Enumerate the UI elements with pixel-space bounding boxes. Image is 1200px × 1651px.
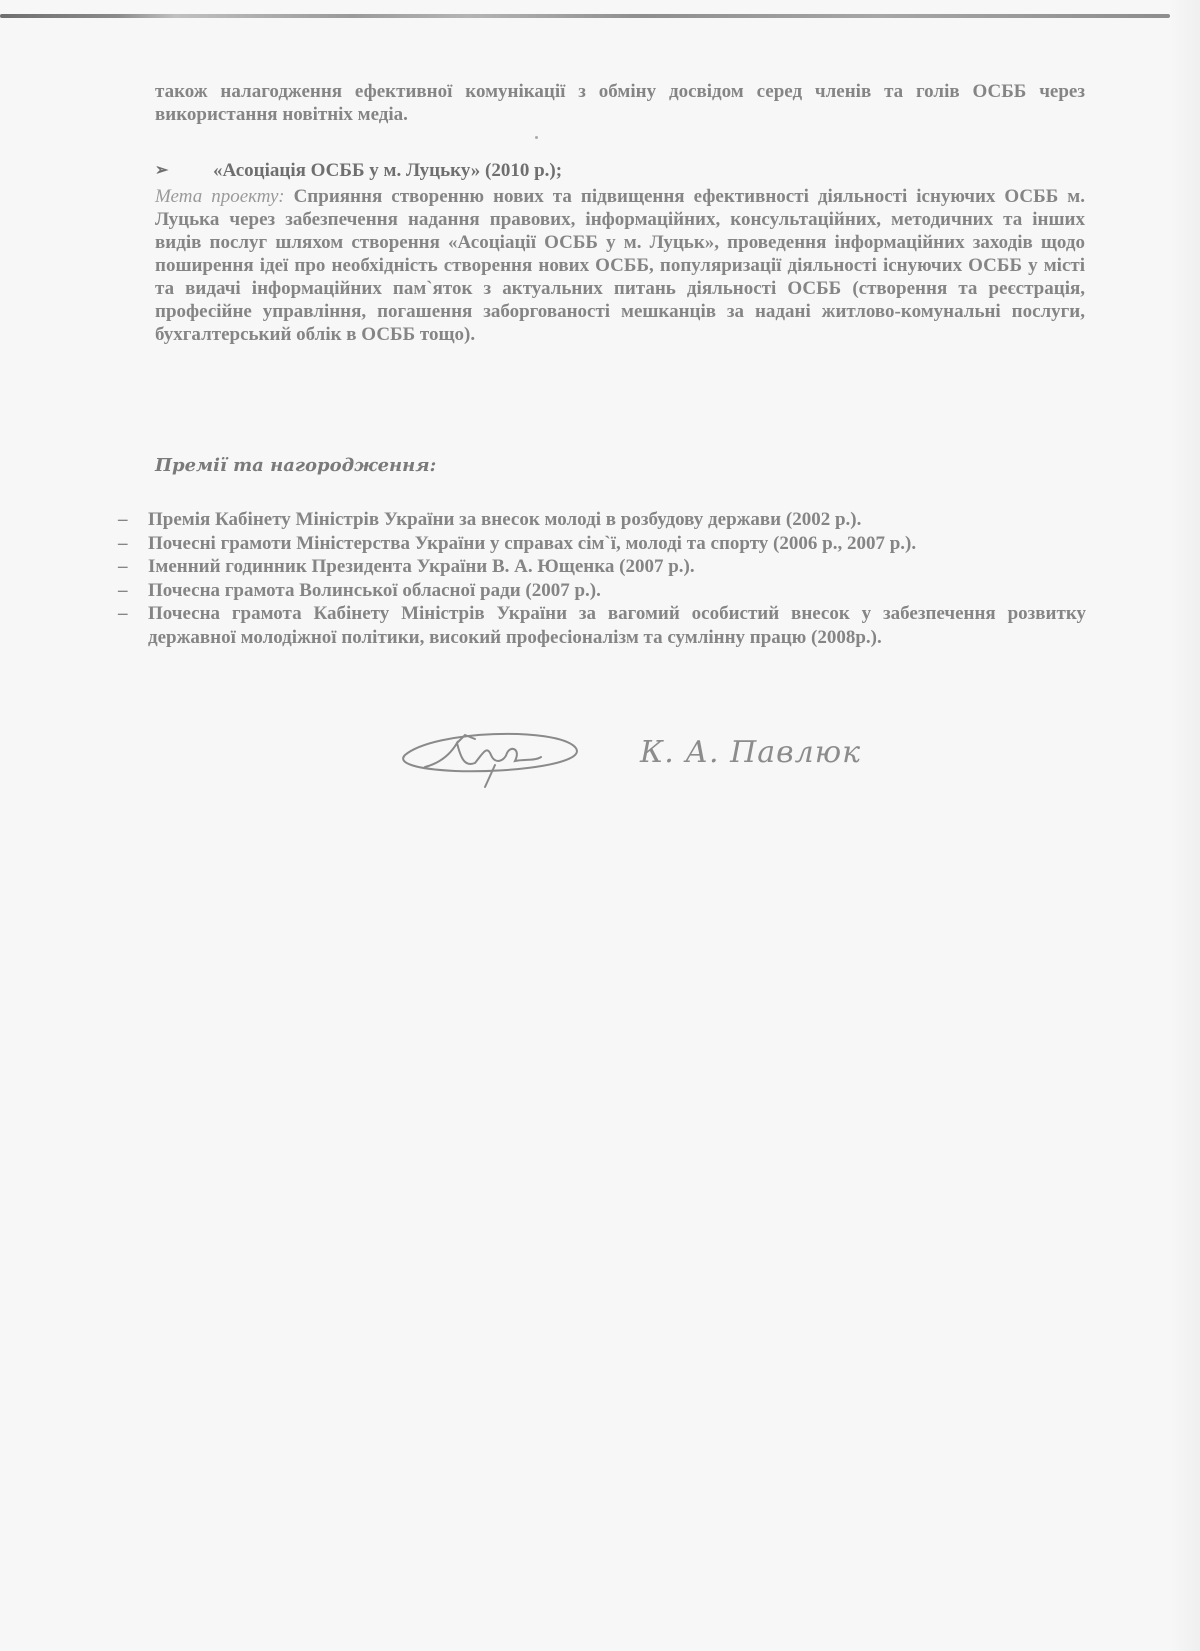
handwritten-name: К. А. Павлюк bbox=[640, 735, 861, 770]
list-item: –Іменний годинник Президента України В. … bbox=[118, 555, 1086, 579]
awards-heading: Премії та нагородження: bbox=[155, 455, 436, 476]
dash-bullet-icon: – bbox=[118, 602, 128, 626]
scan-speck bbox=[535, 136, 538, 139]
goal-text: Сприяння створенню нових та підвищення е… bbox=[155, 186, 1085, 345]
project-goal-paragraph: Мета проекту: Сприяння створенню нових т… bbox=[155, 185, 1085, 346]
signature-block: К. А. Павлюк bbox=[395, 725, 915, 805]
project-goal-block: Мета проекту: Сприяння створенню нових т… bbox=[155, 185, 1085, 346]
list-item: –Почесні грамоти Міністерства України у … bbox=[118, 532, 1086, 556]
list-item: –Премія Кабінету Міністрів України за вн… bbox=[118, 508, 1086, 532]
dash-bullet-icon: – bbox=[118, 508, 128, 532]
intro-paragraph: також налагодження ефективної комунікаці… bbox=[155, 80, 1085, 126]
dash-bullet-icon: – bbox=[118, 579, 128, 603]
arrow-bullet-icon: ➢ bbox=[155, 160, 168, 180]
dash-bullet-icon: – bbox=[118, 555, 128, 579]
list-item: –Почесна грамота Волинської обласної рад… bbox=[118, 579, 1086, 603]
project-title: «Асоціація ОСББ у м. Луцьку» (2010 р.); bbox=[213, 160, 562, 182]
page-edge-shadow bbox=[1170, 0, 1200, 1651]
signature-mark-icon bbox=[395, 725, 595, 805]
scan-edge-line bbox=[0, 14, 1170, 18]
dash-bullet-icon: – bbox=[118, 532, 128, 556]
goal-label: Мета проекту: bbox=[155, 186, 285, 207]
list-item: –Почесна грамота Кабінету Міністрів Укра… bbox=[118, 602, 1086, 649]
awards-list: –Премія Кабінету Міністрів України за вн… bbox=[118, 508, 1086, 649]
intro-paragraph-block: також налагодження ефективної комунікаці… bbox=[155, 80, 1085, 126]
